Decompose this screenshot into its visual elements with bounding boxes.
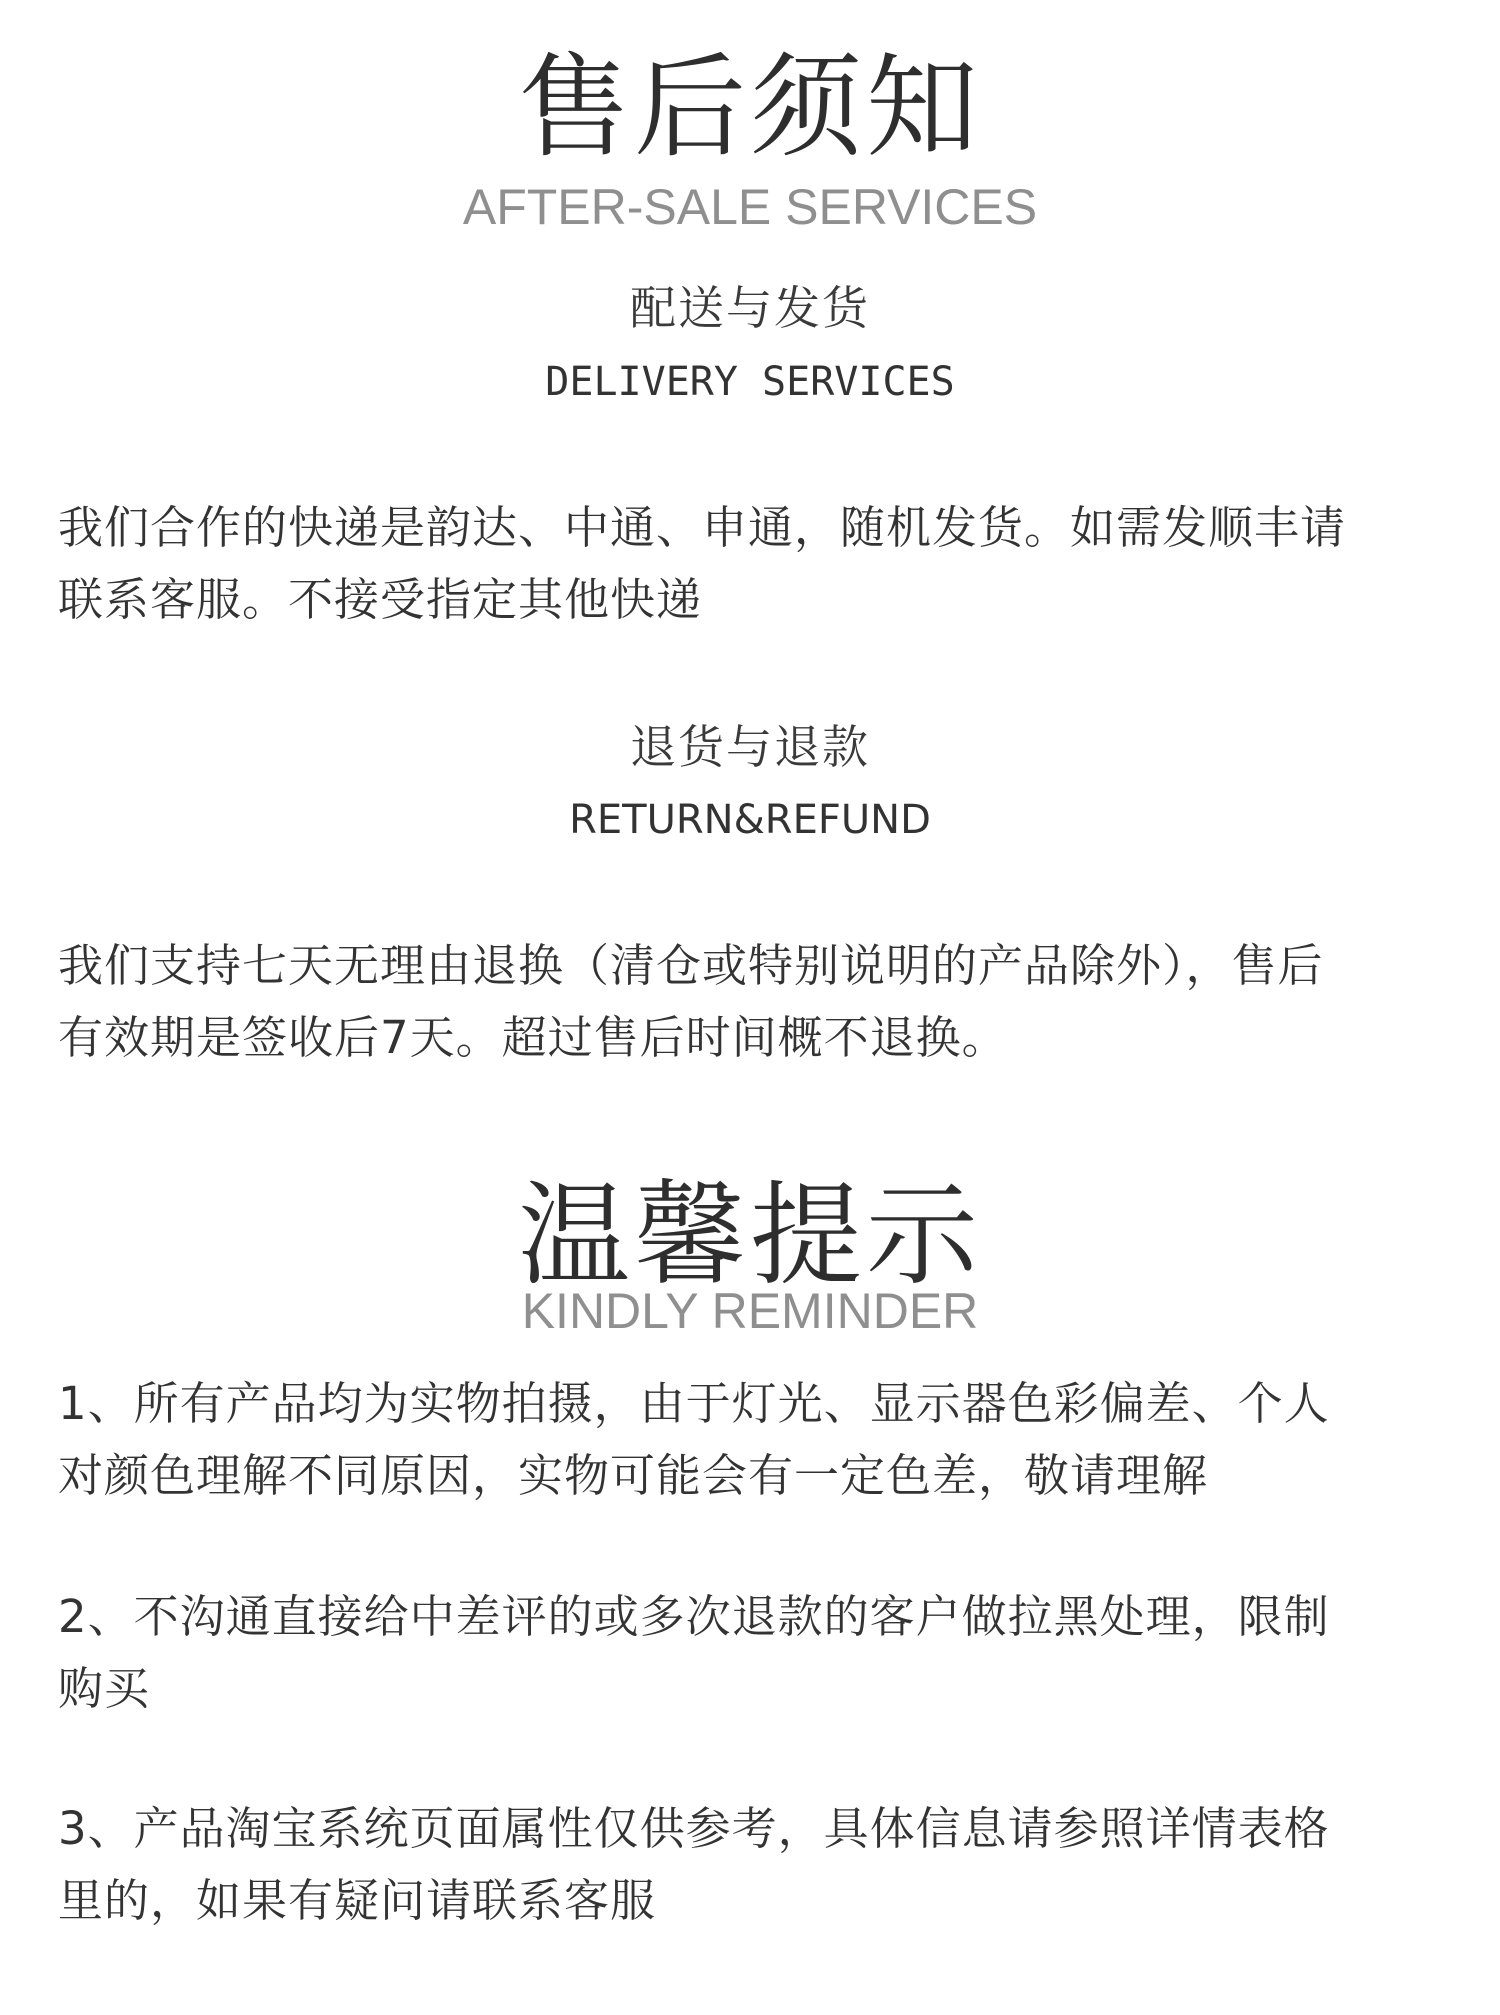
reminder-item-2-line-2: 购买 (58, 1653, 1458, 1725)
refund-line-1: 我们支持七天无理由退换（清仓或特别说明的产品除外），售后 (58, 930, 1458, 1002)
reminder-item-1-line-1: 1、所有产品均为实物拍摄，由于灯光、显示器色彩偏差、个人 (58, 1368, 1458, 1440)
refund-line-2: 有效期是签收后7天。超过售后时间概不退换。 (58, 1002, 1458, 1074)
reminder-title: 温馨提示 (0, 1180, 1500, 1292)
reminder-item-2: 2、不沟通直接给中差评的或多次退款的客户做拉黑处理，限制 购买 (58, 1581, 1458, 1725)
reminder-subtitle: KINDLY REMINDER (0, 1286, 1500, 1336)
page-title: 售后须知 (0, 52, 1500, 164)
reminder-item-2-line-1: 2、不沟通直接给中差评的或多次退款的客户做拉黑处理，限制 (58, 1581, 1458, 1653)
page-subtitle: AFTER-SALE SERVICES (0, 182, 1500, 232)
reminder-item-3-line-1: 3、产品淘宝系统页面属性仅供参考，具体信息请参照详情表格 (58, 1793, 1458, 1865)
delivery-line-2: 联系客服。不接受指定其他快递 (58, 564, 1458, 636)
reminder-item-1: 1、所有产品均为实物拍摄，由于灯光、显示器色彩偏差、个人 对颜色理解不同原因，实… (58, 1368, 1458, 1512)
refund-paragraph: 我们支持七天无理由退换（清仓或特别说明的产品除外），售后 有效期是签收后7天。超… (58, 930, 1458, 1074)
delivery-line-1: 我们合作的快递是韵达、中通、申通，随机发货。如需发顺丰请 (58, 492, 1458, 564)
refund-title: 退货与退款 (0, 724, 1500, 770)
reminder-item-3: 3、产品淘宝系统页面属性仅供参考，具体信息请参照详情表格 里的，如果有疑问请联系… (58, 1793, 1458, 1937)
delivery-subtitle: DELIVERY SERVICES (0, 362, 1500, 402)
refund-subtitle: RETURN&REFUND (0, 800, 1500, 840)
reminder-item-1-line-2: 对颜色理解不同原因，实物可能会有一定色差，敬请理解 (58, 1440, 1458, 1512)
delivery-paragraph: 我们合作的快递是韵达、中通、申通，随机发货。如需发顺丰请 联系客服。不接受指定其… (58, 492, 1458, 636)
reminder-item-3-line-2: 里的，如果有疑问请联系客服 (58, 1865, 1458, 1937)
delivery-title: 配送与发货 (0, 285, 1500, 331)
